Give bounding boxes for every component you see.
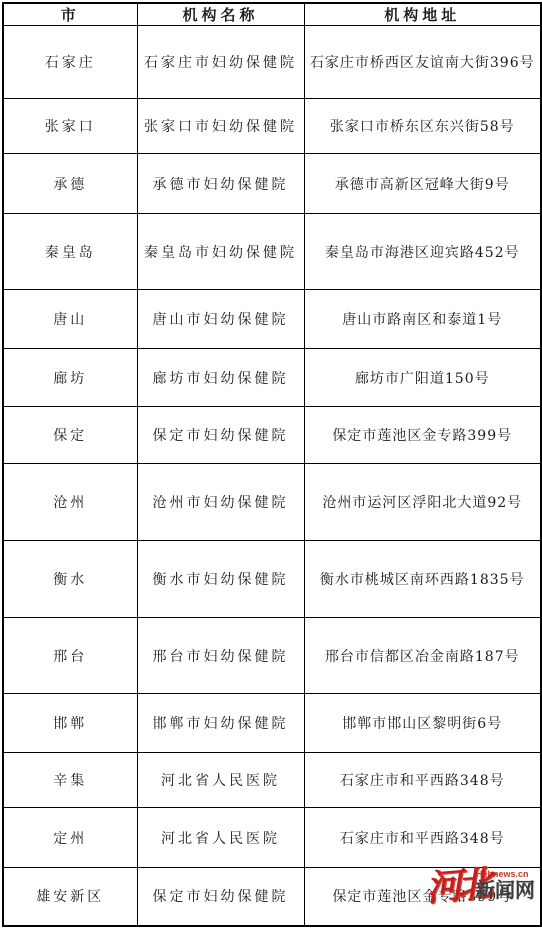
cell-city: 张家口 (3, 99, 137, 154)
cell-institution-address: 秦皇岛市海港区迎宾路452号 (304, 214, 541, 290)
table-row: 保定保定市妇幼保健院保定市莲池区金专路399号 (3, 407, 541, 464)
cell-institution-name: 保定市妇幼保健院 (137, 868, 304, 926)
col-header-city: 市 (3, 3, 137, 26)
cell-city: 邯郸 (3, 694, 137, 753)
cell-institution-name: 秦皇岛市妇幼保健院 (137, 214, 304, 290)
cell-institution-address: 邢台市信都区冶金南路187号 (304, 618, 541, 694)
table-row: 秦皇岛秦皇岛市妇幼保健院秦皇岛市海港区迎宾路452号 (3, 214, 541, 290)
cell-institution-name: 承德市妇幼保健院 (137, 154, 304, 214)
cell-institution-address: 石家庄市桥西区友谊南大街396号 (304, 26, 541, 99)
cell-institution-address: 保定市莲池区金专路399号 (304, 407, 541, 464)
cell-institution-name: 廊坊市妇幼保健院 (137, 349, 304, 407)
header-row: 市 机构名称 机构地址 (3, 3, 541, 26)
page: 市 机构名称 机构地址 石家庄石家庄市妇幼保健院石家庄市桥西区友谊南大街396号… (0, 0, 542, 928)
cell-institution-name: 沧州市妇幼保健院 (137, 464, 304, 541)
table-row: 唐山唐山市妇幼保健院唐山市路南区和泰道1号 (3, 290, 541, 349)
table-row: 邯郸邯郸市妇幼保健院邯郸市邯山区黎明街6号 (3, 694, 541, 753)
cell-city: 定州 (3, 808, 137, 868)
institutions-table: 市 机构名称 机构地址 石家庄石家庄市妇幼保健院石家庄市桥西区友谊南大街396号… (2, 2, 542, 927)
cell-institution-name: 张家口市妇幼保健院 (137, 99, 304, 154)
cell-city: 秦皇岛 (3, 214, 137, 290)
table-row: 沧州沧州市妇幼保健院沧州市运河区浮阳北大道92号 (3, 464, 541, 541)
cell-institution-name: 河北省人民医院 (137, 808, 304, 868)
cell-city: 石家庄 (3, 26, 137, 99)
table-body: 石家庄石家庄市妇幼保健院石家庄市桥西区友谊南大街396号张家口张家口市妇幼保健院… (3, 26, 541, 926)
table-row: 邢台邢台市妇幼保健院邢台市信都区冶金南路187号 (3, 618, 541, 694)
cell-city: 辛集 (3, 753, 137, 808)
table-row: 石家庄石家庄市妇幼保健院石家庄市桥西区友谊南大街396号 (3, 26, 541, 99)
cell-city: 沧州 (3, 464, 137, 541)
cell-institution-name: 石家庄市妇幼保健院 (137, 26, 304, 99)
cell-institution-name: 河北省人民医院 (137, 753, 304, 808)
col-header-name: 机构名称 (137, 3, 304, 26)
table-row: 承德承德市妇幼保健院承德市高新区冠峰大街9号 (3, 154, 541, 214)
cell-city: 保定 (3, 407, 137, 464)
cell-institution-address: 衡水市桃城区南环西路1835号 (304, 541, 541, 618)
cell-institution-name: 邯郸市妇幼保健院 (137, 694, 304, 753)
table-row: 衡水衡水市妇幼保健院衡水市桃城区南环西路1835号 (3, 541, 541, 618)
cell-institution-address: 唐山市路南区和泰道1号 (304, 290, 541, 349)
cell-institution-address: 石家庄市和平西路348号 (304, 808, 541, 868)
cell-institution-address: 邯郸市邯山区黎明街6号 (304, 694, 541, 753)
cell-city: 邢台 (3, 618, 137, 694)
table-row: 雄安新区保定市妇幼保健院保定市莲池区金专路399号 (3, 868, 541, 926)
cell-city: 廊坊 (3, 349, 137, 407)
table-row: 廊坊廊坊市妇幼保健院廊坊市广阳道150号 (3, 349, 541, 407)
cell-institution-address: 沧州市运河区浮阳北大道92号 (304, 464, 541, 541)
cell-city: 衡水 (3, 541, 137, 618)
cell-city: 承德 (3, 154, 137, 214)
table-row: 定州河北省人民医院石家庄市和平西路348号 (3, 808, 541, 868)
cell-institution-address: 张家口市桥东区东兴街58号 (304, 99, 541, 154)
cell-institution-address: 承德市高新区冠峰大街9号 (304, 154, 541, 214)
cell-city: 雄安新区 (3, 868, 137, 926)
cell-institution-address: 廊坊市广阳道150号 (304, 349, 541, 407)
cell-city: 唐山 (3, 290, 137, 349)
table-row: 张家口张家口市妇幼保健院张家口市桥东区东兴街58号 (3, 99, 541, 154)
cell-institution-name: 衡水市妇幼保健院 (137, 541, 304, 618)
cell-institution-address: 石家庄市和平西路348号 (304, 753, 541, 808)
cell-institution-name: 唐山市妇幼保健院 (137, 290, 304, 349)
cell-institution-address: 保定市莲池区金专路399号 (304, 868, 541, 926)
cell-institution-name: 保定市妇幼保健院 (137, 407, 304, 464)
col-header-address: 机构地址 (304, 3, 541, 26)
cell-institution-name: 邢台市妇幼保健院 (137, 618, 304, 694)
table-row: 辛集河北省人民医院石家庄市和平西路348号 (3, 753, 541, 808)
